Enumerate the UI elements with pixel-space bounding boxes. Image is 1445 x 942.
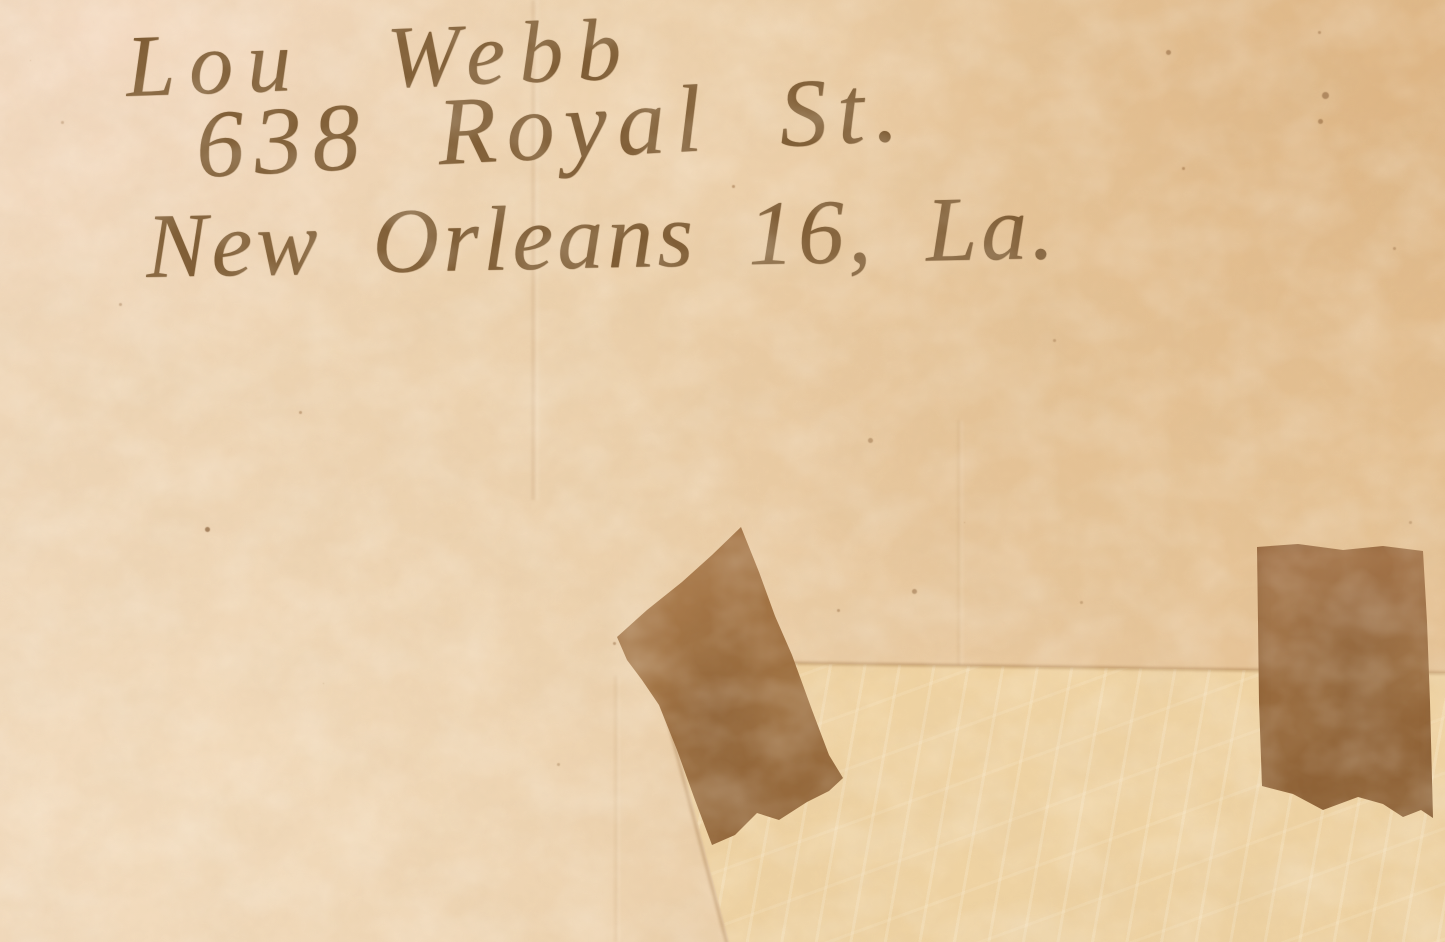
paper-crease-bottom bbox=[613, 676, 622, 942]
paper-crease-middle bbox=[956, 420, 965, 668]
handwritten-city-state: New Orleans 16, La. bbox=[145, 177, 1059, 297]
photograph-of-addressed-paper: Lou Webb 638 Royal St. New Orleans 16, L… bbox=[0, 0, 1445, 942]
tape-piece-right bbox=[1253, 542, 1437, 822]
foxing-specks bbox=[0, 0, 5, 5]
